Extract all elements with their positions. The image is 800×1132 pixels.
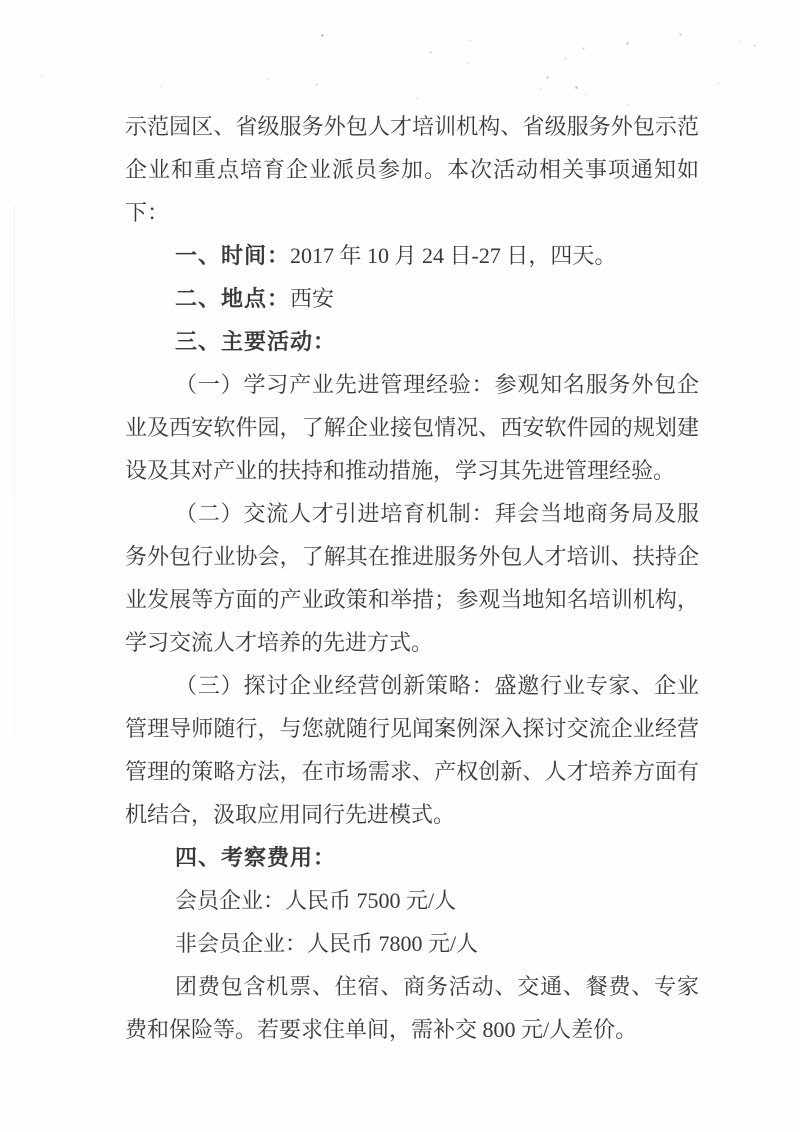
section-2-heading: 二、地点： (175, 286, 290, 311)
activity-2-text: （二）交流人才引进培育机制：拜会当地商务局及服务外包行业协会，了解其在推进服务外… (125, 501, 699, 655)
section-2-location: 二、地点：西安 (125, 277, 699, 320)
fee-non-member-text: 非会员企业：人民币 7800 元/人 (175, 931, 478, 956)
document-body: 示范园区、省级服务外包人才培训机构、省级服务外包示范企业和重点培育企业派员参加。… (125, 105, 699, 1051)
section-4-fees-heading: 四、考察费用： (125, 836, 699, 879)
fee-member-text: 会员企业：人民币 7500 元/人 (175, 888, 456, 913)
section-3-activities-heading: 三、主要活动： (125, 320, 699, 363)
scanned-document-page: 示范园区、省级服务外包人才培训机构、省级服务外包示范企业和重点培育企业派员参加。… (0, 0, 800, 1132)
section-3-heading: 三、主要活动： (175, 329, 336, 354)
activity-1-text: （一）学习产业先进管理经验：参观知名服务外包企业及西安软件园，了解企业接包情况、… (125, 372, 699, 483)
fee-line-non-member: 非会员企业：人民币 7800 元/人 (125, 922, 699, 965)
activity-item-1: （一）学习产业先进管理经验：参观知名服务外包企业及西安软件园，了解企业接包情况、… (125, 363, 699, 492)
paragraph-text: 示范园区、省级服务外包人才培训机构、省级服务外包示范企业和重点培育企业派员参加。… (125, 114, 699, 225)
scan-edge-artifact (14, 205, 15, 765)
scan-noise-speckles (0, 0, 1, 1)
fee-line-member: 会员企业：人民币 7500 元/人 (125, 879, 699, 922)
paragraph-intro-continuation: 示范园区、省级服务外包人才培训机构、省级服务外包示范企业和重点培育企业派员参加。… (125, 105, 699, 234)
section-4-heading: 四、考察费用： (175, 845, 336, 870)
activity-item-2: （二）交流人才引进培育机制：拜会当地商务局及服务外包行业协会，了解其在推进服务外… (125, 492, 699, 664)
activity-item-3: （三）探讨企业经营创新策略：盛邀行业专家、企业管理导师随行，与您就随行见闻案例深… (125, 664, 699, 836)
section-1-time: 一、时间：2017 年 10 月 24 日-27 日，四天。 (125, 234, 699, 277)
section-1-heading: 一、时间： (175, 243, 290, 268)
fee-inclusions-text: 团费包含机票、住宿、商务活动、交通、餐费、专家费和保险等。若要求住单间，需补交 … (125, 974, 699, 1042)
fee-inclusions-note: 团费包含机票、住宿、商务活动、交通、餐费、专家费和保险等。若要求住单间，需补交 … (125, 965, 699, 1051)
activity-3-text: （三）探讨企业经营创新策略：盛邀行业专家、企业管理导师随行，与您就随行见闻案例深… (125, 673, 699, 827)
section-1-value: 2017 年 10 月 24 日-27 日，四天。 (290, 243, 616, 268)
section-2-value: 西安 (290, 286, 334, 311)
